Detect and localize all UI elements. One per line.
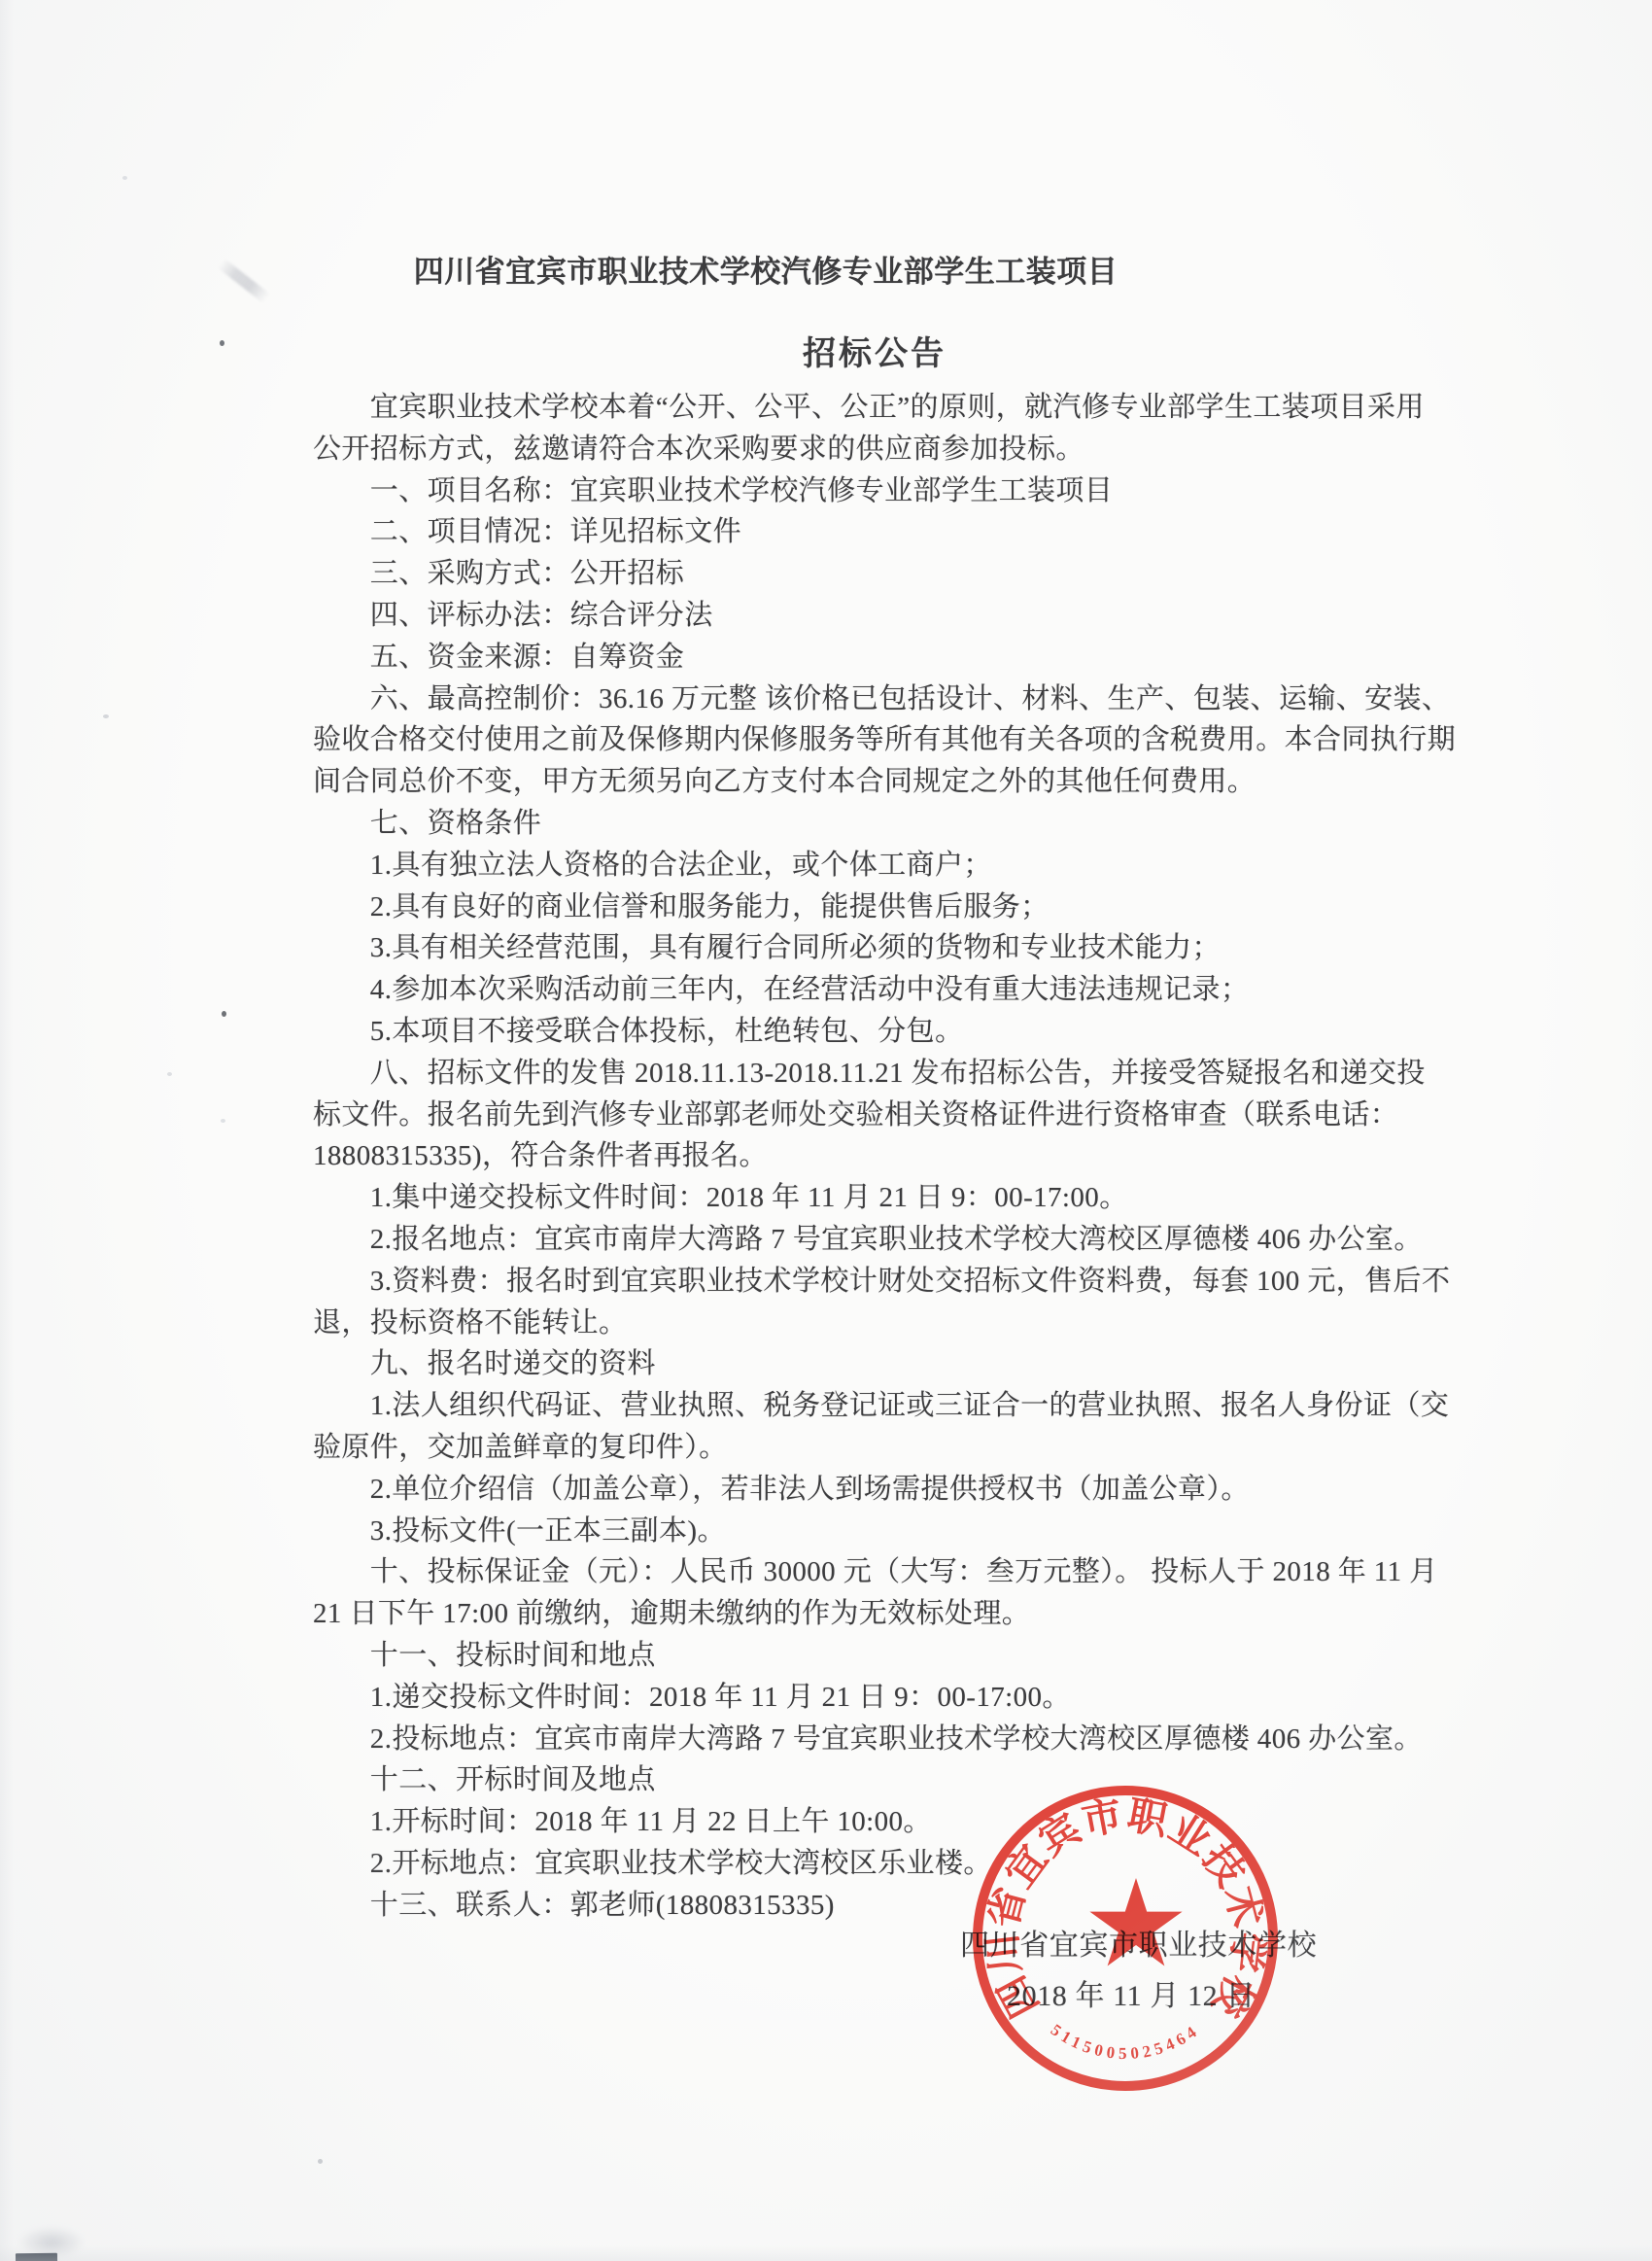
text-line: 2.投标地点：宜宾市南岸大湾路 7 号宜宾职业技术学校大湾校区厚德楼 406 办… bbox=[313, 1719, 1450, 1760]
scan-speck bbox=[167, 1072, 172, 1076]
text-line: 六、最高控制价：36.16 万元整 该价格已包括设计、材料、生产、包装、运输、安… bbox=[313, 678, 1450, 720]
text-line: 1.集中递交投标文件时间：2018 年 11 月 21 日 9：00-17:00… bbox=[313, 1177, 1450, 1219]
text-line: 公开招标方式，兹邀请符合本次采购要求的供应商参加投标。 bbox=[313, 429, 1450, 470]
text-line: 九、报名时递交的资料 bbox=[313, 1343, 1450, 1385]
text-line: 二、项目情况：详见招标文件 bbox=[313, 511, 1450, 553]
text-line: 21 日下午 17:00 前缴纳，逾期未缴纳的作为无效标处理。 bbox=[313, 1593, 1450, 1635]
text-line: 4.参加本次采购活动前三年内，在经营活动中没有重大违法违规记录； bbox=[313, 969, 1450, 1011]
official-red-seal-stamp: 四川省宜宾市职业技术学校 5115005025464 bbox=[958, 1771, 1292, 2105]
text-line: 5.本项目不接受联合体投标，杜绝转包、分包。 bbox=[313, 1011, 1450, 1053]
text-line: 三、采购方式：公开招标 bbox=[313, 553, 1450, 595]
text-line: 2.单位介绍信（加盖公章），若非法人到场需提供授权书（加盖公章）。 bbox=[313, 1469, 1450, 1511]
text-line: 3.投标文件(一正本三副本)。 bbox=[313, 1511, 1450, 1552]
text-line: 标文件。报名前先到汽修专业部郭老师处交验相关资格证件进行资格审查（联系电话： bbox=[313, 1095, 1450, 1136]
scan-speck bbox=[122, 176, 127, 180]
text-line: 间合同总价不变，甲方无须另向乙方支付本合同规定之外的其他任何费用。 bbox=[313, 761, 1450, 803]
text-line: 验收合格交付使用之前及保修期内保修服务等所有其他有关各项的含税费用。本合同执行期 bbox=[313, 719, 1450, 761]
scan-speck bbox=[221, 1119, 225, 1123]
text-line: 1.递交投标文件时间：2018 年 11 月 21 日 9：00-17:00。 bbox=[313, 1677, 1450, 1719]
text-line: 18808315335)，符合条件者再报名。 bbox=[313, 1135, 1450, 1177]
scan-speck bbox=[318, 2159, 323, 2164]
scan-speck bbox=[103, 714, 109, 718]
text-line: 3.具有相关经营范围，具有履行合同所必须的货物和专业技术能力； bbox=[313, 927, 1450, 969]
text-line: 验原件，交加盖鲜章的复印件）。 bbox=[313, 1427, 1450, 1469]
text-line: 七、资格条件 bbox=[313, 803, 1450, 845]
text-line: 1.具有独立法人资格的合法企业，或个体工商户； bbox=[313, 845, 1450, 887]
text-line: 八、招标文件的发售 2018.11.13-2018.11.21 发布招标公告，并… bbox=[313, 1053, 1450, 1095]
scanned-document-page: 四川省宜宾市职业技术学校汽修专业部学生工装项目 招标公告 宜宾职业技术学校本着“… bbox=[0, 0, 1652, 2261]
text-line: 2.具有良好的商业信誉和服务能力，能提供售后服务； bbox=[313, 887, 1450, 928]
scan-corner-mark bbox=[16, 2253, 57, 2261]
text-line: 宜宾职业技术学校本着“公开、公平、公正”的原则，就汽修专业部学生工装项目采用 bbox=[313, 387, 1450, 429]
scan-speck bbox=[220, 340, 224, 346]
text-line: 一、项目名称：宜宾职业技术学校汽修专业部学生工装项目 bbox=[313, 470, 1450, 512]
seal-star-icon bbox=[1089, 1878, 1182, 1966]
document-title: 四川省宜宾市职业技术学校汽修专业部学生工装项目 bbox=[0, 247, 1532, 291]
seal-serial-number: 5115005025464 bbox=[1048, 2021, 1204, 2064]
scan-speck bbox=[222, 1011, 226, 1017]
text-line: 四、评标办法：综合评分法 bbox=[313, 595, 1450, 637]
text-line: 1.法人组织代码证、营业执照、税务登记证或三证合一的营业执照、报名人身份证（交 bbox=[313, 1385, 1450, 1427]
text-line: 退，投标资格不能转让。 bbox=[313, 1303, 1450, 1344]
text-line: 十、投标保证金（元）：人民币 30000 元（大写：叁万元整）。 投标人于 20… bbox=[313, 1551, 1450, 1593]
document-body: 宜宾职业技术学校本着“公开、公平、公正”的原则，就汽修专业部学生工装项目采用公开… bbox=[313, 387, 1450, 1926]
text-line: 五、资金来源：自筹资金 bbox=[313, 637, 1450, 678]
text-line: 2.报名地点：宜宾市南岸大湾路 7 号宜宾职业技术学校大湾校区厚德楼 406 办… bbox=[313, 1219, 1450, 1261]
document-subtitle: 招标公告 bbox=[97, 327, 1652, 374]
text-line: 十一、投标时间和地点 bbox=[313, 1635, 1450, 1677]
text-line: 3.资料费：报名时到宜宾职业技术学校计财处交招标文件资料费，每套 100 元，售… bbox=[313, 1261, 1450, 1303]
